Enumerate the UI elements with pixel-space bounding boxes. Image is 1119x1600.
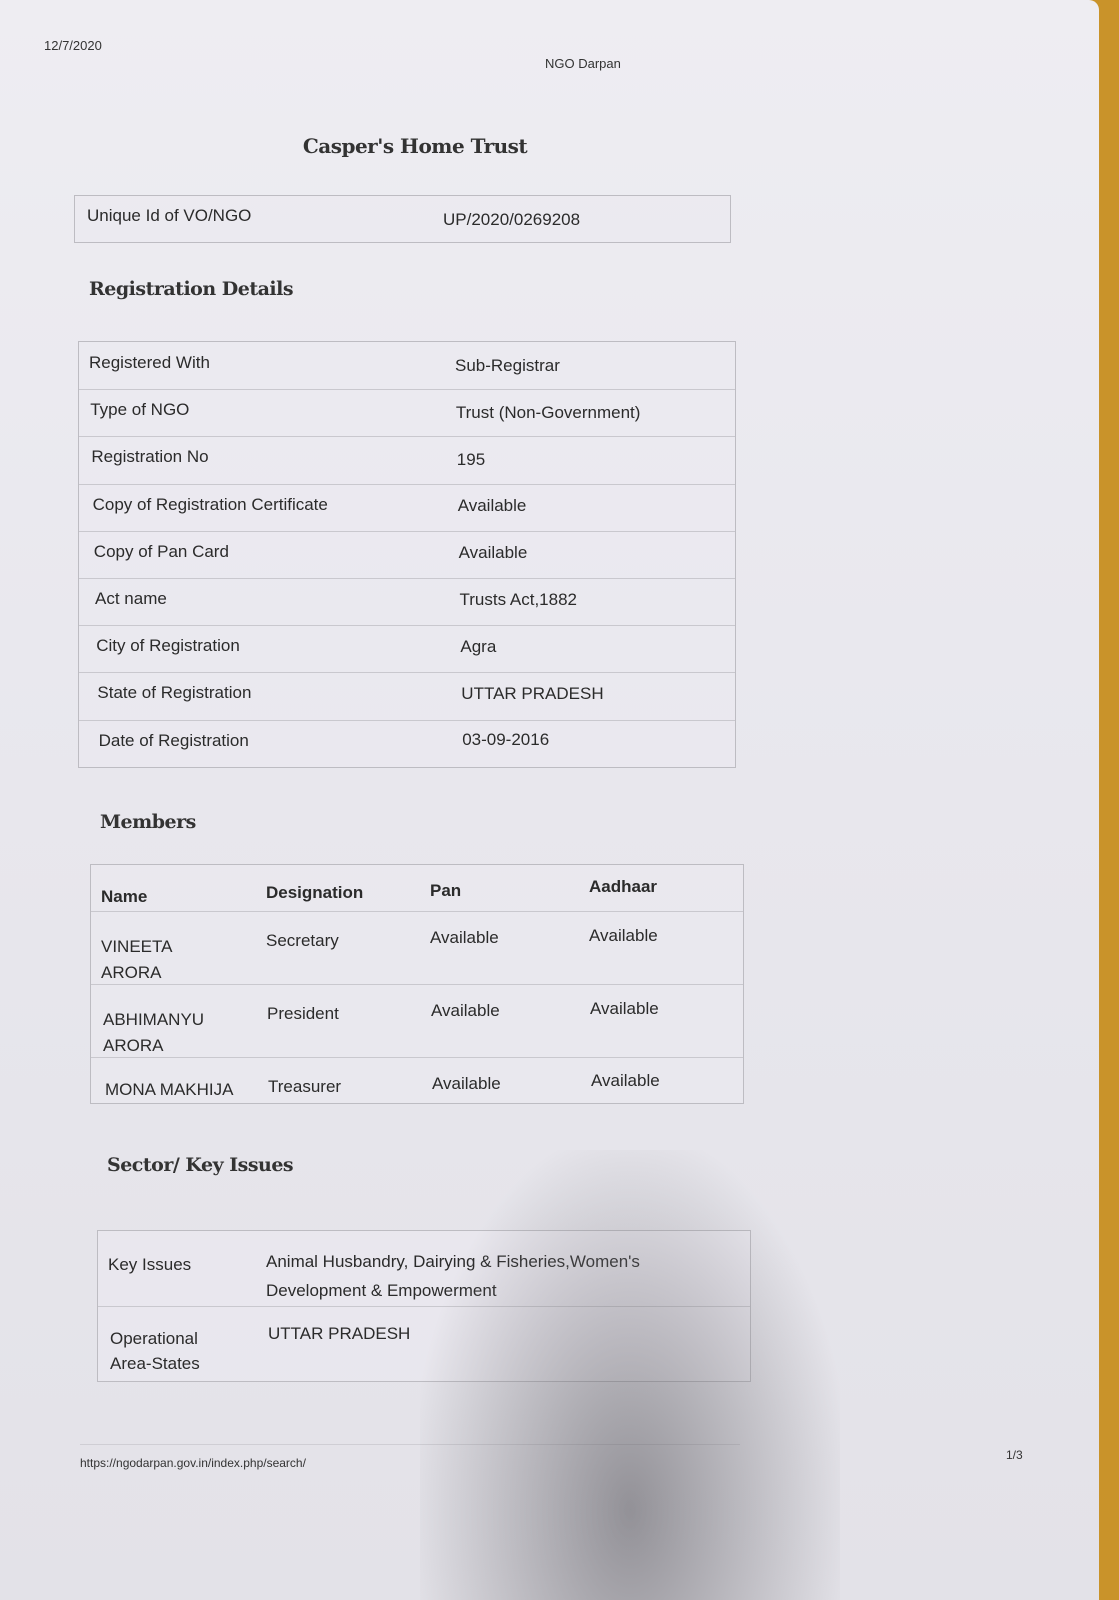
operational-area-row: Operational Area-States UTTAR PRADESH	[98, 1307, 750, 1381]
page-title: Casper's Home Trust	[0, 134, 830, 158]
member-row: ABHIMANYU ARORA President Available Avai…	[91, 985, 743, 1058]
unique-id-box: Unique Id of VO/NGO UP/2020/0269208	[74, 195, 731, 243]
col-pan: Pan	[430, 881, 461, 901]
registration-row: City of RegistrationAgra	[79, 625, 735, 673]
operational-area-value: UTTAR PRADESH	[268, 1324, 410, 1344]
registration-row: Date of Registration03-09-2016	[79, 720, 735, 767]
registration-value: 195	[457, 450, 485, 470]
key-issues-value: Animal Husbandry, Dairying & Fisheries,W…	[266, 1247, 640, 1305]
registration-label: Registration No	[91, 447, 208, 467]
member-name: ABHIMANYU ARORA	[103, 1007, 204, 1059]
member-name: VINEETA ARORA	[101, 934, 172, 986]
operational-area-label: Operational Area-States	[110, 1326, 200, 1376]
footer-url: https://ngodarpan.gov.in/index.php/searc…	[80, 1456, 306, 1470]
member-row: VINEETA ARORA Secretary Available Availa…	[91, 912, 743, 985]
key-issues-label: Key Issues	[108, 1255, 191, 1275]
key-issues-row: Key Issues Animal Husbandry, Dairying & …	[98, 1231, 750, 1307]
registration-label: Type of NGO	[90, 400, 189, 420]
registration-value: Sub-Registrar	[455, 356, 560, 376]
registration-label: Act name	[95, 589, 167, 609]
member-pan: Available	[432, 1074, 501, 1094]
member-name: MONA MAKHIJA	[105, 1080, 233, 1100]
registration-label: Copy of Registration Certificate	[93, 495, 328, 515]
registration-value: 03-09-2016	[462, 730, 549, 750]
col-designation: Designation	[266, 883, 363, 903]
registration-value: Available	[458, 496, 527, 516]
page-number: 1/3	[1006, 1448, 1023, 1462]
registration-value: Available	[459, 543, 528, 563]
registration-label: Date of Registration	[99, 731, 249, 751]
registration-row: State of RegistrationUTTAR PRADESH	[79, 672, 735, 720]
registration-table: Registered WithSub-RegistrarType of NGOT…	[78, 341, 736, 768]
registration-label: State of Registration	[97, 683, 251, 703]
members-heading: Members	[100, 811, 196, 833]
member-row: MONA MAKHIJA Treasurer Available Availab…	[91, 1058, 743, 1103]
registration-heading: Registration Details	[89, 278, 293, 300]
printed-page: 12/7/2020 NGO Darpan Casper's Home Trust…	[0, 0, 1099, 1600]
unique-id-row: Unique Id of VO/NGO UP/2020/0269208	[75, 196, 730, 242]
registration-row: Type of NGOTrust (Non-Government)	[79, 389, 735, 437]
registration-value: Trusts Act,1882	[460, 590, 577, 610]
registration-value: UTTAR PRADESH	[461, 684, 603, 704]
unique-id-value: UP/2020/0269208	[443, 210, 580, 230]
print-date: 12/7/2020	[44, 38, 102, 53]
registration-row: Act nameTrusts Act,1882	[79, 578, 735, 626]
member-pan: Available	[431, 1001, 500, 1021]
member-designation: President	[267, 1004, 339, 1024]
col-aadhaar: Aadhaar	[589, 877, 657, 897]
member-pan: Available	[430, 928, 499, 948]
member-aadhaar: Available	[590, 999, 659, 1019]
registration-row: Copy of Registration CertificateAvailabl…	[79, 484, 735, 532]
sector-table: Key Issues Animal Husbandry, Dairying & …	[97, 1230, 751, 1382]
registration-row: Registration No195	[79, 436, 735, 484]
registration-row: Registered WithSub-Registrar	[79, 342, 735, 390]
member-aadhaar: Available	[589, 926, 658, 946]
member-designation: Treasurer	[268, 1077, 341, 1097]
member-aadhaar: Available	[591, 1071, 660, 1091]
members-header-row: Name Designation Pan Aadhaar	[91, 865, 743, 912]
registration-label: Registered With	[89, 353, 210, 373]
site-name: NGO Darpan	[545, 56, 621, 71]
unique-id-label: Unique Id of VO/NGO	[87, 206, 251, 226]
col-name: Name	[101, 887, 147, 907]
footer-divider	[80, 1444, 740, 1445]
registration-label: Copy of Pan Card	[94, 542, 229, 562]
member-designation: Secretary	[266, 931, 339, 951]
registration-row: Copy of Pan CardAvailable	[79, 531, 735, 579]
sector-heading: Sector/ Key Issues	[107, 1154, 293, 1176]
members-table: Name Designation Pan Aadhaar VINEETA ARO…	[90, 864, 744, 1104]
registration-value: Agra	[460, 637, 496, 657]
registration-label: City of Registration	[96, 636, 240, 656]
registration-value: Trust (Non-Government)	[456, 403, 641, 423]
